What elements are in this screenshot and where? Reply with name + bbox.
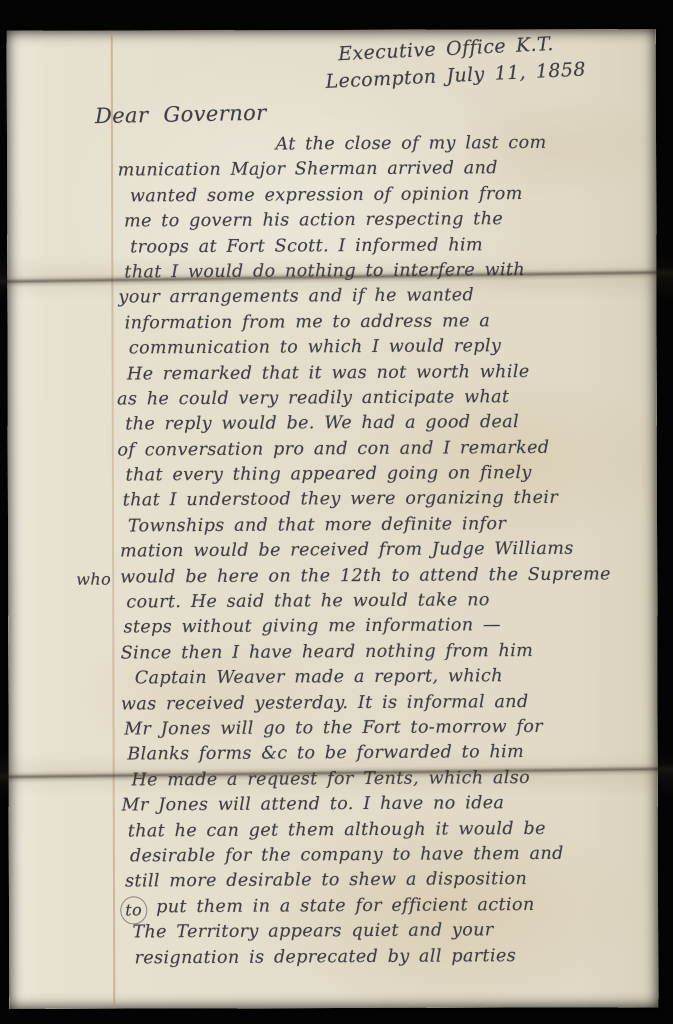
manuscript-line: He remarked that it was not worth while	[117, 359, 655, 388]
manuscript-line: the reply would be. We had a good deal	[117, 410, 655, 439]
manuscript-text: that he can get them although it would b…	[120, 818, 546, 841]
manuscript-text: Mr Jones will go to the Fort to-morrow f…	[119, 717, 543, 740]
scanned-letter-page: Executive Office K.T. Lecompton July 11,…	[0, 0, 673, 1024]
manuscript-line: resignation is deprecated by all parties	[120, 943, 658, 972]
manuscript-text: was received yesterday. It is informal a…	[119, 692, 529, 715]
manuscript-line: Blanks forms &c to be forwarded to him	[119, 740, 657, 769]
manuscript-line: of conversation pro and con and I remark…	[117, 435, 655, 464]
margin-note: who	[76, 566, 111, 592]
manuscript-text: communication to which I would reply	[117, 336, 502, 358]
letter-paper: Executive Office K.T. Lecompton July 11,…	[7, 29, 659, 1009]
manuscript-text: munication Major Sherman arrived and	[116, 159, 498, 181]
manuscript-line: wanted some expression of opinion from	[116, 181, 654, 210]
manuscript-text: troops at Fort Scott. I informed him	[116, 235, 483, 257]
manuscript-text: of conversation pro and con and I remark…	[117, 438, 549, 461]
manuscript-text: mation would be received from Judge Will…	[118, 539, 574, 562]
manuscript-text: that every thing appeared going on finel…	[118, 463, 532, 486]
manuscript-text: would be here on the 12th to attend the …	[118, 564, 611, 587]
manuscript-text: He made a request for Tents, which also	[119, 768, 530, 791]
manuscript-line: Since then I have heard nothing from him	[119, 638, 657, 667]
manuscript-text: Blanks forms &c to be forwarded to him	[119, 742, 524, 764]
manuscript-text: court. He said that he would take no	[118, 590, 490, 612]
manuscript-line: At the close of my last com	[116, 130, 654, 159]
manuscript-line: munication Major Sherman arrived and	[116, 156, 654, 185]
manuscript-text: Townships and that more definite infor	[118, 514, 506, 536]
manuscript-text: me to govern his action respecting the	[116, 209, 503, 231]
letter-content: Executive Office K.T. Lecompton July 11,…	[7, 29, 659, 1009]
manuscript-line: communication to which I would reply	[117, 333, 655, 362]
manuscript-line: Mr Jones will attend to. I have no idea	[120, 790, 658, 819]
manuscript-line: your arrangements and if he wanted	[116, 283, 654, 312]
manuscript-line: still more desirable to shew a dispositi…	[120, 867, 658, 896]
manuscript-line: steps without giving me information —	[118, 613, 656, 642]
manuscript-text: resignation is deprecated by all parties	[121, 946, 517, 968]
manuscript-line: me to govern his action respecting the	[116, 206, 654, 235]
letter-body: At the close of my last communication Ma…	[116, 130, 659, 971]
manuscript-text: the reply would be. We had a good deal	[117, 412, 519, 434]
manuscript-text: information from me to address me a	[117, 311, 491, 333]
manuscript-line: desirable for the company to have them a…	[120, 841, 658, 870]
manuscript-text: steps without giving me information —	[118, 616, 500, 638]
manuscript-line: whowould be here on the 12th to attend t…	[118, 562, 656, 591]
manuscript-text: that I understood they were organizing t…	[118, 488, 558, 511]
manuscript-line: Townships and that more definite infor	[118, 511, 656, 540]
manuscript-line: troops at Fort Scott. I informed him	[116, 232, 654, 261]
manuscript-text: He remarked that it was not worth while	[117, 361, 530, 384]
manuscript-line: that I understood they were organizing t…	[118, 486, 656, 515]
manuscript-text: your arrangements and if he wanted	[116, 286, 474, 308]
manuscript-line: toput them in a state for efficient acti…	[120, 892, 658, 921]
manuscript-line: information from me to address me a	[117, 308, 655, 337]
manuscript-text: still more desirable to shew a dispositi…	[120, 869, 527, 891]
manuscript-text: that I would do nothing to interfere wit…	[116, 260, 525, 282]
manuscript-line: Mr Jones will go to the Fort to-morrow f…	[119, 714, 657, 743]
manuscript-line: He made a request for Tents, which also	[119, 765, 657, 794]
manuscript-text: desirable for the company to have them a…	[120, 844, 564, 867]
manuscript-text: wanted some expression of opinion from	[116, 184, 523, 206]
manuscript-line: that every thing appeared going on finel…	[118, 460, 656, 489]
manuscript-line: that he can get them although it would b…	[120, 816, 658, 845]
salutation: Dear Governor	[95, 101, 267, 128]
manuscript-line: The Territory appears quiet and your	[120, 917, 658, 946]
manuscript-line: Captain Weaver made a report, which	[119, 663, 657, 692]
manuscript-line: that I would do nothing to interfere wit…	[116, 257, 654, 286]
manuscript-line: as he could very readily anticipate what	[117, 384, 655, 413]
letter-heading: Executive Office K.T. Lecompton July 11,…	[324, 29, 587, 95]
manuscript-text: The Territory appears quiet and your	[120, 920, 493, 942]
manuscript-line: mation would be received from Judge Will…	[118, 536, 656, 565]
manuscript-text: Mr Jones will attend to. I have no idea	[120, 793, 505, 815]
manuscript-text: as he could very readily anticipate what	[117, 387, 509, 409]
manuscript-line: was received yesterday. It is informal a…	[119, 689, 657, 718]
manuscript-text: put them in a state for efficient action	[120, 895, 534, 918]
manuscript-line: court. He said that he would take no	[118, 587, 656, 616]
manuscript-text: Captain Weaver made a report, which	[119, 666, 503, 688]
manuscript-text: At the close of my last com	[116, 133, 547, 156]
manuscript-text: Since then I have heard nothing from him	[119, 641, 534, 664]
